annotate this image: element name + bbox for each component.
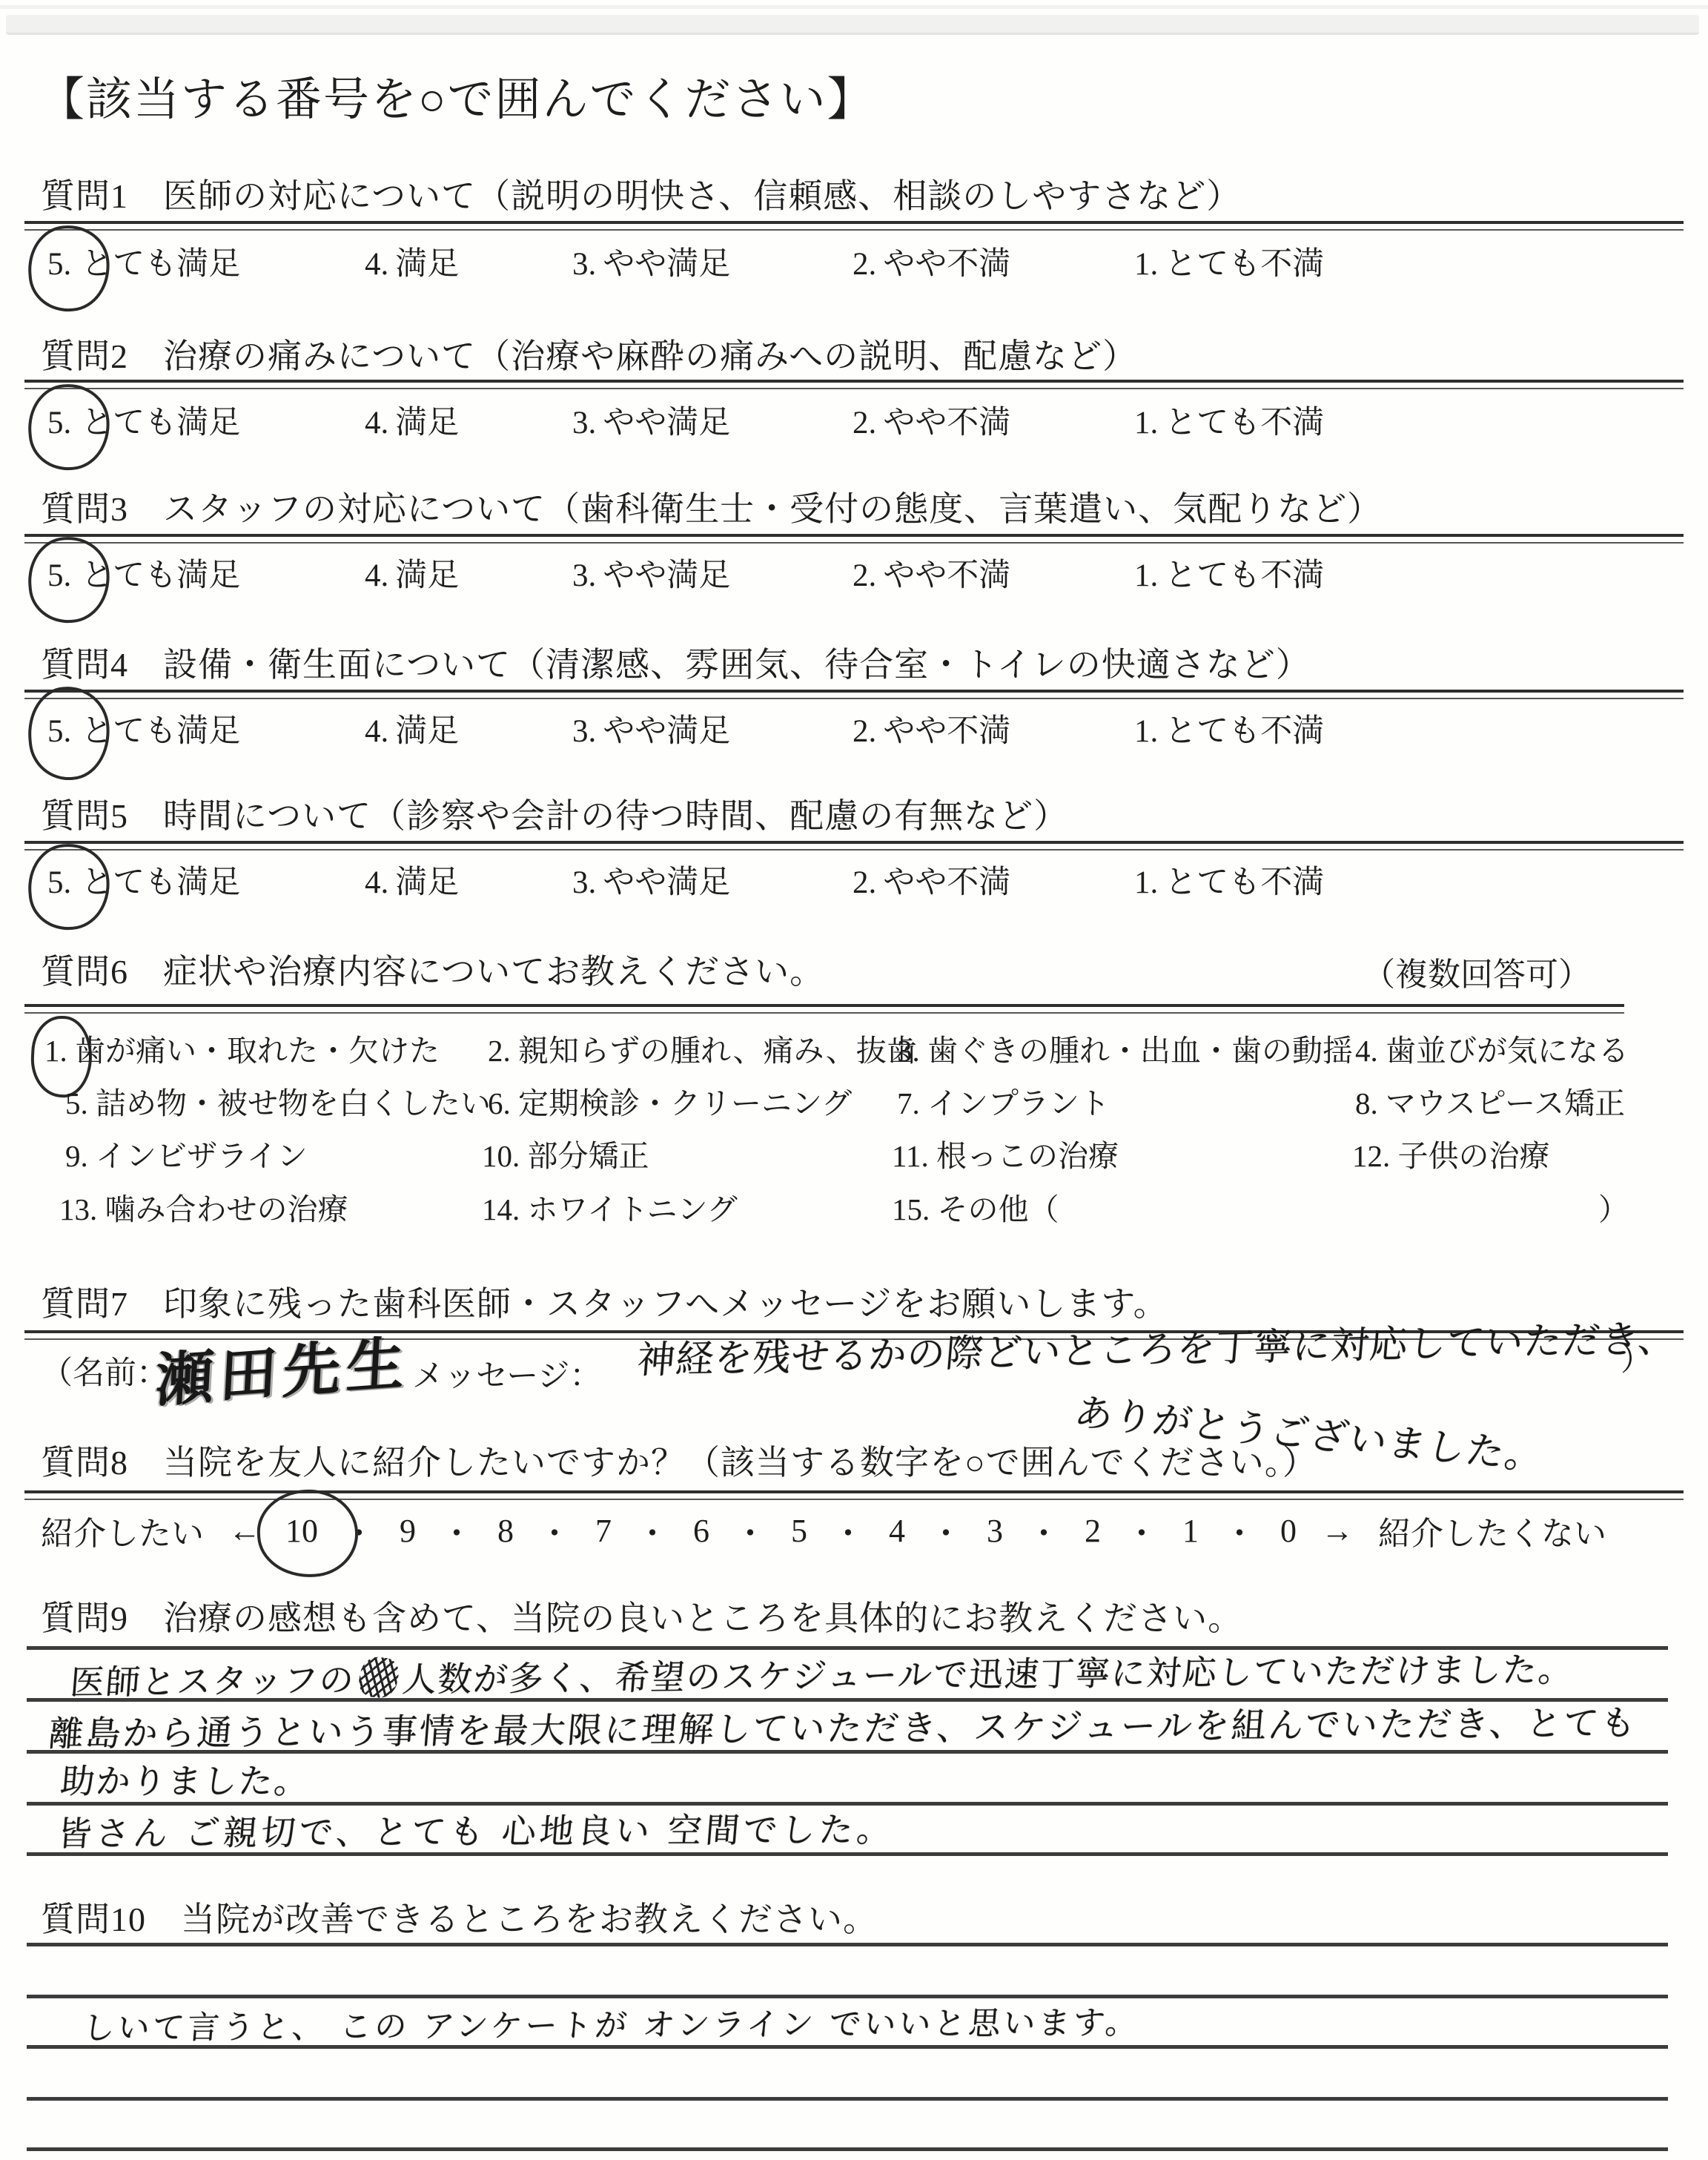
q6-option-12: 12. 子供の治療: [1352, 1132, 1550, 1175]
q6-option-7: 7. インプラント: [897, 1079, 1110, 1123]
scan-artifact-bar: [6, 15, 1699, 35]
option-number: 2.: [488, 1034, 511, 1068]
option-label: 部分矯正: [528, 1139, 649, 1173]
option-number: 1.: [1134, 558, 1158, 593]
q8-nps-scale: 紹介したい ← 10 ・ 9 ・ 8 ・ 7 ・ 6 ・ 5 ・ 4 ・ 3 ・…: [41, 1507, 1606, 1554]
question-3-rating-row: 5.とても満足 4.満足 3.やや満足 2.やや不満 1.とても不満: [0, 550, 1708, 598]
option-label: やや不満: [883, 247, 1010, 282]
option-label: その他（: [938, 1192, 1059, 1226]
option-number: 4.: [365, 247, 388, 282]
rating-option-2: 2.やや不満: [853, 550, 1010, 595]
option-label: とても不満: [1165, 558, 1324, 593]
option-number: 2.: [853, 406, 876, 440]
option-number: 2.: [853, 865, 876, 900]
option-label: やや満足: [603, 247, 730, 282]
option-number: 8.: [1355, 1086, 1378, 1120]
survey-scan-page: 【該当する番号を○で囲んでください】 質問1 医師の対応について（説明の明快さ、…: [0, 0, 1708, 2160]
option-label: とても満足: [81, 714, 240, 749]
option-label: 根っこの治療: [936, 1139, 1119, 1173]
dot-separator: ・: [1223, 1507, 1256, 1554]
option-label: やや不満: [883, 865, 1010, 900]
question-4-title: 質問4 設備・衛生面について（清潔感、雰囲気、待合室・トイレの快適さなど）: [41, 638, 1311, 687]
option-label: とても満足: [81, 247, 240, 282]
rating-option-3: 3.やや満足: [572, 706, 730, 751]
option-number: 14.: [482, 1192, 520, 1226]
dot-separator: ・: [538, 1507, 571, 1554]
q8-number-6: 6: [693, 1512, 709, 1550]
q9-answer-line3: 助かりました。: [59, 1754, 312, 1803]
handwriting-text: 人数が多く、希望のスケジュールで迅速丁寧に対応していただけました。: [401, 1649, 1576, 1700]
option-label: 定期検診・クリーニング: [518, 1086, 852, 1120]
q6-option-15: 15. その他（: [892, 1185, 1059, 1229]
option-number: 4.: [365, 865, 388, 900]
question-7-title: 質問7 印象に残った歯科医師・スタッフへメッセージをお願いします。: [41, 1277, 1168, 1326]
rule: [24, 534, 1684, 544]
q6-option-6: 6. 定期検診・クリーニング: [488, 1079, 852, 1123]
option-number: 10.: [482, 1139, 520, 1173]
q6-option-10: 10. 部分矯正: [482, 1132, 649, 1175]
question-2-title: 質問2 治療の痛みについて（治療や麻酔の痛みへの説明、配慮など）: [41, 329, 1137, 378]
q8-number-10: 10: [285, 1512, 318, 1550]
option-number: 3.: [572, 865, 596, 900]
left-arrow-icon: ←: [228, 1512, 261, 1550]
dot-separator: ・: [832, 1507, 864, 1554]
question-5-title: 質問5 時間について（診察や会計の待つ時間、配慮の有無など）: [41, 789, 1068, 838]
q6-option-4: 4. 歯並びが気になる: [1355, 1026, 1629, 1070]
option-label: 満足: [395, 865, 459, 900]
q6-option-2: 2. 親知らずの腫れ、痛み、抜歯: [488, 1026, 917, 1070]
answer-rule: [27, 1995, 1668, 1998]
q9-answer-line1: 医師とスタッフの人数が多く、希望のスケジュールで迅速丁寧に対応していただけました…: [68, 1642, 1575, 1705]
rating-option-1: 1.とても不満: [1134, 857, 1324, 902]
handwriting-text: 医師とスタッフの: [69, 1659, 357, 1702]
question-3-title: 質問3 スタッフの対応について（歯科衛生士・受付の態度、言葉遣い、気配りなど）: [41, 482, 1382, 531]
q8-number-0: 0: [1280, 1512, 1297, 1550]
rating-option-1: 1.とても不満: [1134, 550, 1324, 595]
option-label: やや不満: [883, 558, 1010, 593]
page-title: 【該当する番号を○で囲んでください】: [39, 62, 874, 128]
option-label: 歯並びが気になる: [1386, 1034, 1629, 1068]
option-number: 5.: [65, 1086, 88, 1120]
rating-option-3: 3.やや満足: [572, 239, 730, 284]
question-5-rating-row: 5.とても満足 4.満足 3.やや満足 2.やや不満 1.とても不満: [0, 857, 1708, 905]
rating-option-3: 3.やや満足: [572, 550, 730, 595]
dot-separator: ・: [930, 1507, 962, 1554]
option-label: とても不満: [1165, 247, 1324, 282]
option-number: 7.: [897, 1086, 920, 1120]
option-number: 2.: [853, 558, 876, 593]
question-8-title: 質問8 当院を友人に紹介したいですか？（該当する数字を○で囲んでください。）: [41, 1436, 1317, 1484]
option-label: 満足: [395, 714, 459, 749]
option-label: 歯が痛い・取れた・欠けた: [75, 1034, 440, 1068]
q8-left-label: 紹介したい: [41, 1507, 204, 1554]
option-label: とても満足: [81, 865, 240, 900]
option-label: マウスピース矯正: [1386, 1086, 1625, 1120]
option-label: 満足: [395, 247, 459, 282]
q8-circled-answer-mark: [255, 1487, 360, 1579]
option-label: やや満足: [603, 558, 730, 593]
option-number: 5.: [47, 558, 71, 593]
option-number: 5.: [47, 714, 71, 749]
q8-number-7: 7: [595, 1512, 612, 1550]
option-label: 子供の治療: [1398, 1139, 1550, 1173]
option-label: やや満足: [603, 865, 730, 900]
rating-option-4: 4.満足: [365, 857, 459, 902]
q6-option-9: 9. インビザライン: [65, 1132, 308, 1175]
option-number: 1.: [1134, 714, 1158, 749]
option-number: 3.: [897, 1034, 920, 1068]
dot-separator: ・: [1027, 1507, 1060, 1554]
option-number: 1.: [1134, 406, 1158, 440]
option-number: 5.: [47, 247, 71, 282]
rule: [24, 841, 1684, 851]
option-label: とても満足: [81, 406, 240, 440]
q6-option-3: 3. 歯ぐきの腫れ・出血・歯の動揺: [897, 1026, 1353, 1070]
rating-option-2: 2.やや不満: [853, 397, 1010, 443]
rule: [24, 1004, 1624, 1014]
rule: [24, 221, 1684, 231]
option-label: やや満足: [603, 714, 730, 749]
q8-number-9: 9: [400, 1512, 416, 1550]
option-label: 満足: [395, 558, 459, 593]
rating-option-5: 5.とても満足: [47, 397, 240, 443]
q6-option-5: 5. 詰め物・被せ物を白くしたい: [65, 1079, 491, 1123]
rating-option-2: 2.やや不満: [853, 857, 1010, 902]
question-9-title: 質問9 治療の感想も含めて、当院の良いところを具体的にお教えください。: [41, 1591, 1242, 1640]
q6-option-14: 14. ホワイトニング: [482, 1185, 738, 1229]
rating-option-3: 3.やや満足: [572, 857, 730, 902]
question-1-title: 質問1 医師の対応について（説明の明快さ、信頼感、相談のしやすさなど）: [41, 169, 1241, 218]
rating-option-4: 4.満足: [365, 706, 459, 751]
option-label: やや不満: [883, 406, 1010, 440]
option-label: とても満足: [81, 558, 240, 593]
rating-option-4: 4.満足: [365, 239, 459, 284]
q6-other-close-paren: ）: [1598, 1185, 1629, 1229]
option-label: とても不満: [1165, 865, 1324, 900]
question-6-note: （複数回答可）: [1363, 948, 1591, 995]
q8-number-4: 4: [889, 1512, 905, 1550]
rating-option-1: 1.とても不満: [1134, 239, 1324, 284]
option-label: 親知らずの腫れ、痛み、抜歯: [518, 1034, 917, 1068]
option-number: 1.: [1134, 865, 1158, 900]
rating-option-5: 5.とても満足: [47, 550, 240, 595]
dot-separator: ・: [734, 1507, 767, 1554]
q10-answer-line: しいて言うと、 この アンケートが オンライン でいいと思います。: [82, 1998, 1142, 2048]
option-number: 6.: [488, 1086, 511, 1120]
option-label: インプラント: [927, 1086, 1110, 1120]
option-number: 5.: [47, 406, 71, 440]
option-number: 4.: [365, 558, 388, 593]
q8-number-5: 5: [791, 1512, 807, 1550]
option-number: 15.: [892, 1192, 930, 1226]
scan-artifact-bar: [0, 5, 1708, 9]
option-number: 3.: [572, 406, 596, 440]
option-number: 1.: [44, 1034, 67, 1068]
question-2-rating-row: 5.とても満足 4.満足 3.やや満足 2.やや不満 1.とても不満: [0, 397, 1708, 445]
option-label: やや満足: [603, 406, 730, 440]
option-label: とても不満: [1165, 406, 1324, 440]
q8-number-3: 3: [987, 1512, 1003, 1550]
q6-option-8: 8. マウスピース矯正: [1355, 1079, 1625, 1123]
dot-separator: ・: [1125, 1507, 1158, 1554]
question-6-title: 質問6 症状や治療内容についてお教えください。: [41, 945, 824, 994]
right-arrow-icon: →: [1321, 1512, 1354, 1550]
option-number: 4.: [365, 714, 388, 749]
rating-option-4: 4.満足: [365, 397, 459, 443]
q8-right-label: 紹介したくない: [1378, 1507, 1606, 1554]
option-number: 4.: [1355, 1034, 1378, 1068]
rating-option-4: 4.満足: [365, 550, 459, 595]
option-number: 5.: [47, 865, 71, 900]
q6-option-11: 11. 根っこの治療: [892, 1132, 1119, 1175]
q6-option-1: 1. 歯が痛い・取れた・欠けた: [44, 1026, 440, 1070]
q7-message-label: メッセージ：: [412, 1351, 601, 1396]
option-label: 噛み合わせの治療: [105, 1192, 348, 1226]
q9-answer-line4: 皆さん ご親切で、とても 心地良い 空間でした。: [56, 1803, 896, 1856]
dot-separator: ・: [440, 1507, 473, 1554]
option-number: 2.: [853, 247, 876, 282]
option-label: 詰め物・被せ物を白くしたい: [96, 1086, 491, 1120]
option-number: 9.: [65, 1139, 88, 1173]
rating-option-3: 3.やや満足: [572, 397, 730, 443]
option-label: 歯ぐきの腫れ・出血・歯の動揺: [927, 1034, 1353, 1068]
question-10-title: 質問10 当院が改善できるところをお教えください。: [41, 1892, 878, 1941]
option-number: 3.: [572, 247, 596, 282]
q8-number-8: 8: [497, 1512, 514, 1550]
question-4-rating-row: 5.とても満足 4.満足 3.やや満足 2.やや不満 1.とても不満: [0, 706, 1708, 753]
option-label: 満足: [395, 406, 459, 440]
question-1-rating-row: 5.とても満足 4.満足 3.やや満足 2.やや不満 1.とても不満: [0, 239, 1708, 286]
q6-option-13: 13. 噛み合わせの治療: [59, 1185, 348, 1229]
answer-rule: [27, 2147, 1668, 2151]
option-number: 13.: [59, 1192, 97, 1226]
rating-option-5: 5.とても満足: [47, 239, 240, 284]
q7-name-label: （名前：: [41, 1348, 168, 1393]
dot-separator: ・: [636, 1507, 669, 1554]
option-label: やや不満: [883, 714, 1010, 749]
rating-option-1: 1.とても不満: [1134, 706, 1324, 751]
ink-scribble: [356, 1655, 402, 1700]
option-number: 4.: [365, 406, 388, 440]
rule: [24, 1490, 1684, 1500]
rating-option-2: 2.やや不満: [853, 706, 1010, 751]
answer-rule: [27, 1943, 1668, 1946]
rule: [24, 380, 1684, 389]
q8-number-1: 1: [1182, 1512, 1199, 1550]
option-number: 12.: [1352, 1139, 1390, 1173]
rule: [24, 690, 1684, 699]
option-label: インビザライン: [96, 1139, 308, 1173]
option-number: 1.: [1134, 247, 1158, 282]
option-number: 3.: [572, 714, 596, 749]
option-label: とても不満: [1165, 714, 1324, 749]
option-number: 11.: [892, 1139, 929, 1173]
option-label: ホワイトニング: [528, 1192, 738, 1226]
rating-option-2: 2.やや不満: [853, 239, 1010, 284]
q7-name-handwriting: 瀬田先生: [153, 1317, 412, 1418]
q9-answer-line2: 離島から通うという事情を最大限に理解していただき、スケジュールを組んでいただき、…: [47, 1695, 1640, 1756]
rating-option-1: 1.とても不満: [1134, 397, 1324, 443]
rating-option-5: 5.とても満足: [47, 857, 240, 902]
q8-number-2: 2: [1085, 1512, 1101, 1550]
answer-rule: [27, 2097, 1668, 2101]
option-number: 2.: [853, 714, 876, 749]
option-number: 3.: [572, 558, 596, 593]
rating-option-5: 5.とても満足: [47, 706, 240, 751]
